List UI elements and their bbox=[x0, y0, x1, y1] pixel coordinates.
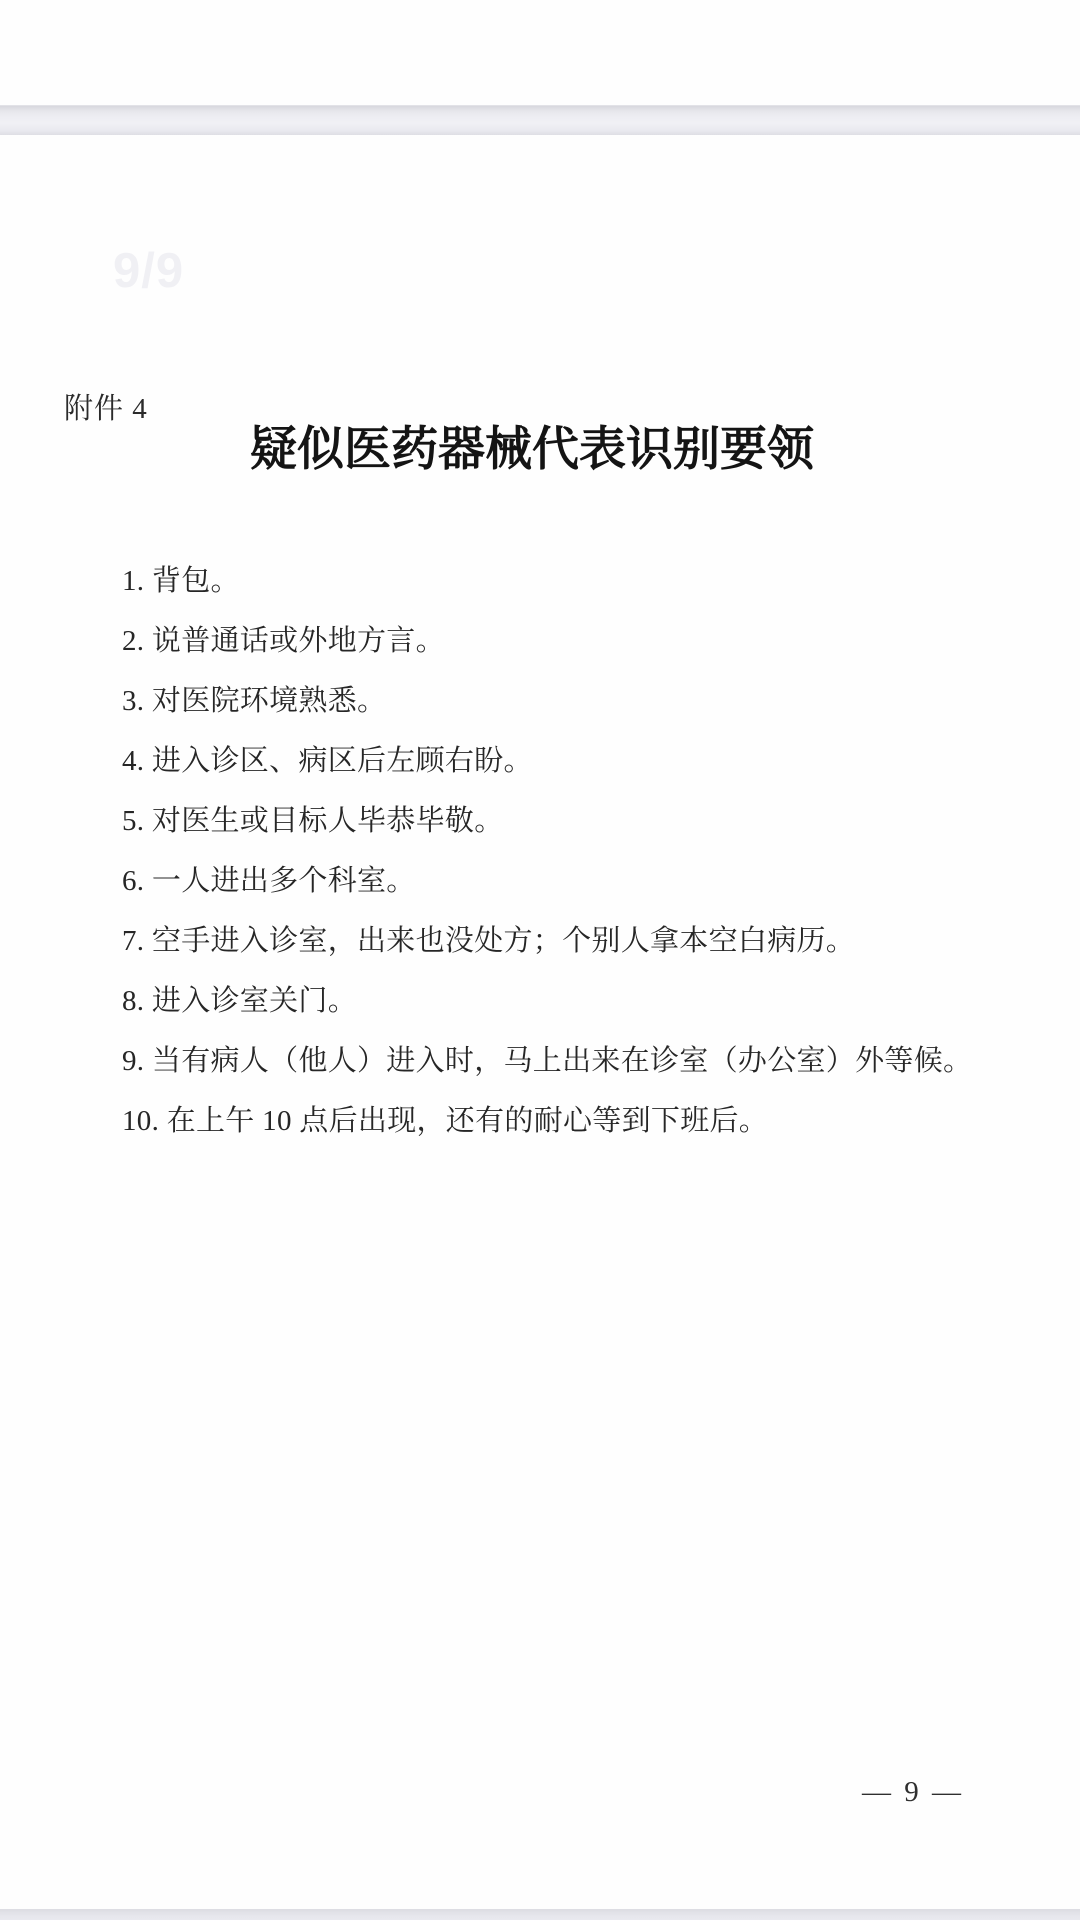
suspect-list: 1. 背包。 2. 说普通话或外地方言。 3. 对医院环境熟悉。 4. 进入诊区… bbox=[122, 551, 1022, 1151]
page-separator-top bbox=[0, 105, 1080, 135]
document-page: 9/9 附件 4 疑似医药器械代表识别要领 1. 背包。 2. 说普通话或外地方… bbox=[0, 0, 1080, 1920]
page-separator-bottom bbox=[0, 1909, 1080, 1920]
list-item: 9. 当有病人（他人）进入时，马上出来在诊室（办公室）外等候。 bbox=[122, 1031, 1022, 1091]
document-title: 疑似医药器械代表识别要领 bbox=[0, 421, 1064, 476]
list-item: 6. 一人进出多个科室。 bbox=[122, 851, 1022, 911]
page-indicator-watermark: 9/9 bbox=[113, 247, 184, 296]
list-item: 3. 对医院环境熟悉。 bbox=[122, 671, 1022, 731]
list-item: 10. 在上午 10 点后出现，还有的耐心等到下班后。 bbox=[122, 1091, 1022, 1151]
list-item: 1. 背包。 bbox=[122, 551, 1022, 611]
list-item: 8. 进入诊室关门。 bbox=[122, 971, 1022, 1031]
list-item: 4. 进入诊区、病区后左顾右盼。 bbox=[122, 731, 1022, 791]
list-item: 2. 说普通话或外地方言。 bbox=[122, 611, 1022, 671]
page-number: — 9 — bbox=[862, 1772, 964, 1812]
list-item: 7. 空手进入诊室，出来也没处方；个别人拿本空白病历。 bbox=[122, 911, 1022, 971]
list-item: 5. 对医生或目标人毕恭毕敬。 bbox=[122, 791, 1022, 851]
